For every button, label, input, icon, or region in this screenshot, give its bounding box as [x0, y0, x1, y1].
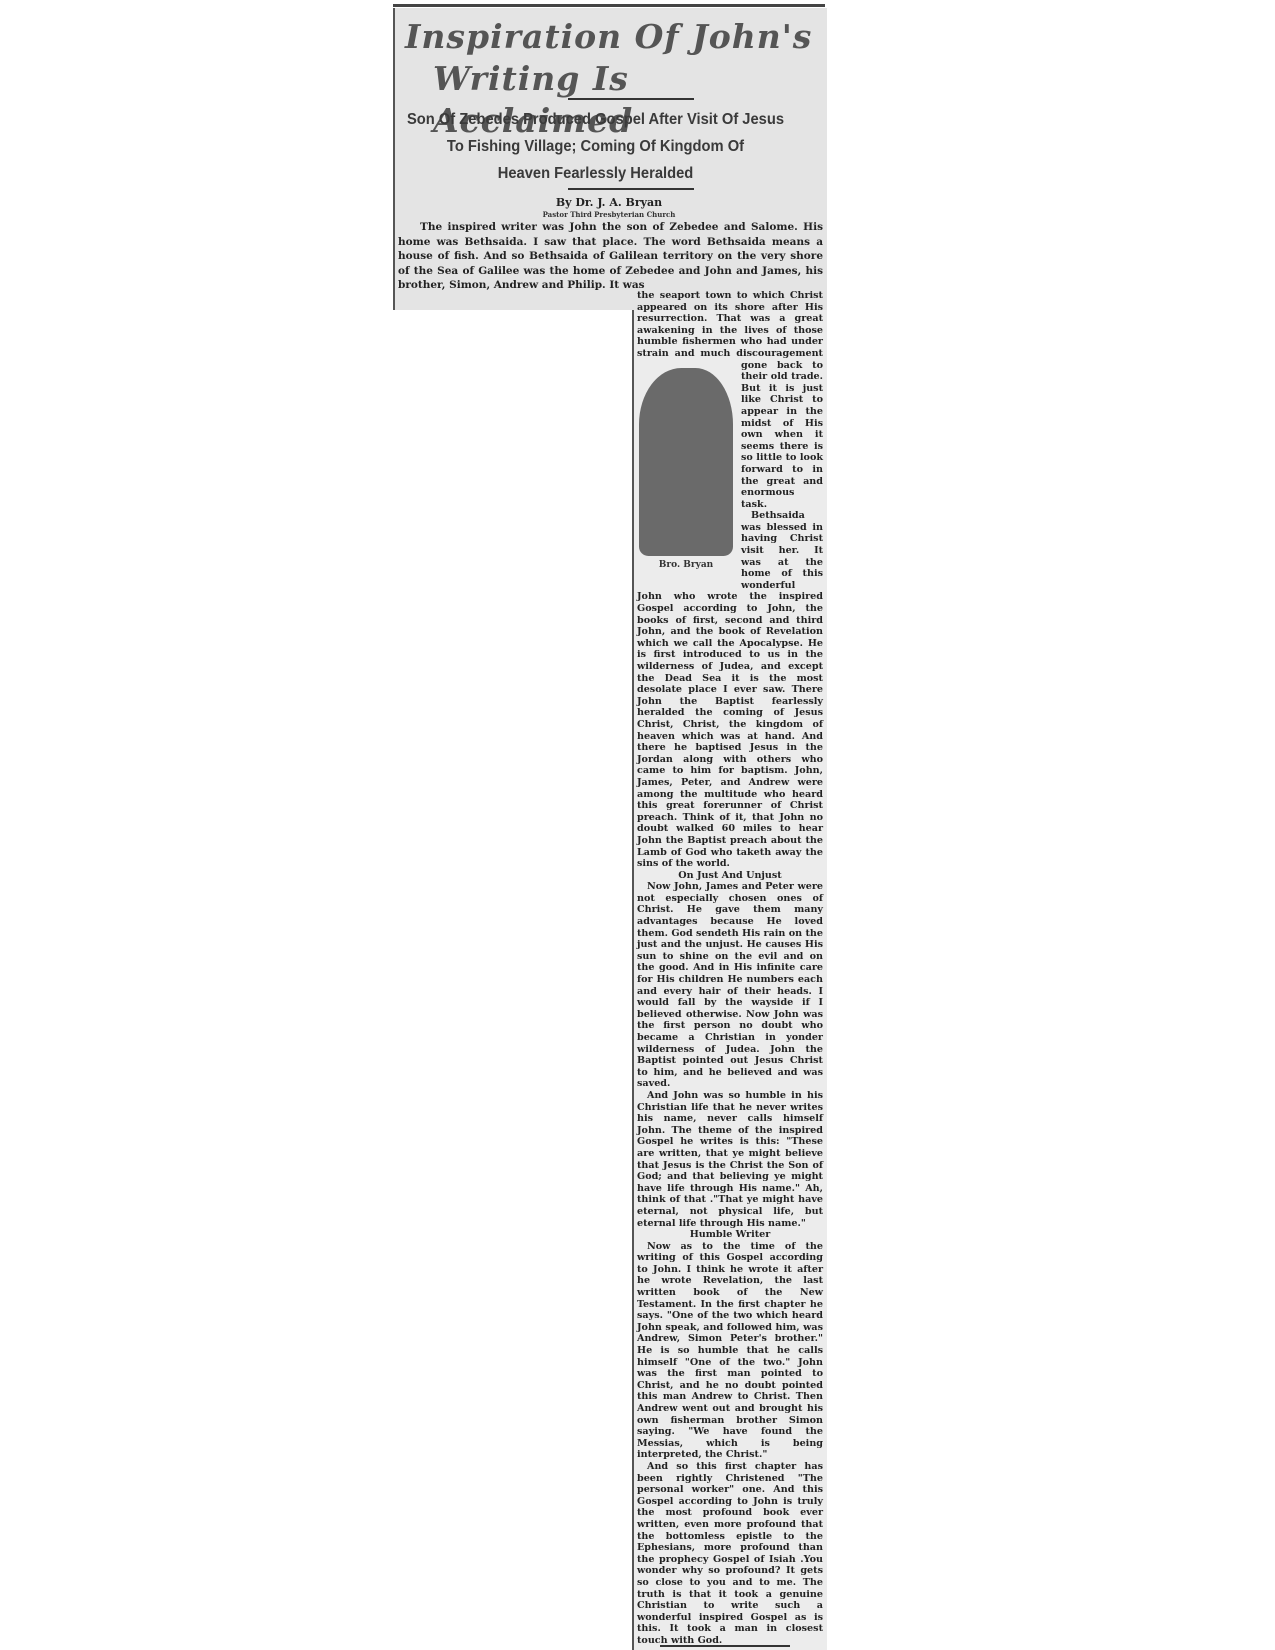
- headline-line-1: Inspiration Of John's: [405, 16, 825, 58]
- photo-caption: Bro. Bryan: [637, 560, 735, 572]
- intro-text: The inspired writer was John the son of …: [398, 220, 823, 293]
- article-body: Bro. Bryan the seaport town to which Chr…: [637, 290, 823, 1646]
- top-border-rule: [393, 4, 825, 7]
- portrait-silhouette-image: [639, 368, 733, 556]
- body-paragraph: And John was so humble in his Christian …: [637, 1090, 823, 1229]
- deck-subheadline: Son Of Zebedes Produced Gospel After Vis…: [400, 106, 791, 187]
- byline-title: Pastor Third Presbyterian Church: [393, 210, 825, 219]
- author-photo: Bro. Bryan: [637, 368, 735, 580]
- deck-line-1: Son Of Zebedes Produced Gospel After Vis…: [400, 106, 791, 133]
- byline: By Dr. J. A. Bryan: [393, 196, 825, 209]
- article-end-rule: [660, 1645, 790, 1647]
- headline-divider: [568, 98, 694, 100]
- intro-paragraph: The inspired writer was John the son of …: [398, 220, 823, 293]
- deck-line-2: To Fishing Village; Coming Of Kingdom Of: [400, 133, 791, 160]
- body-paragraph: And so this first chapter has been right…: [637, 1461, 823, 1647]
- deck-line-3: Heaven Fearlessly Heralded: [400, 160, 791, 187]
- body-paragraph: Now as to the time of the writing of thi…: [637, 1241, 823, 1461]
- body-paragraph: Now John, James and Peter were not espec…: [637, 881, 823, 1090]
- subhead-humble-writer: Humble Writer: [637, 1229, 823, 1241]
- deck-divider: [568, 188, 694, 190]
- subhead-on-just-and-unjust: On Just And Unjust: [637, 870, 823, 882]
